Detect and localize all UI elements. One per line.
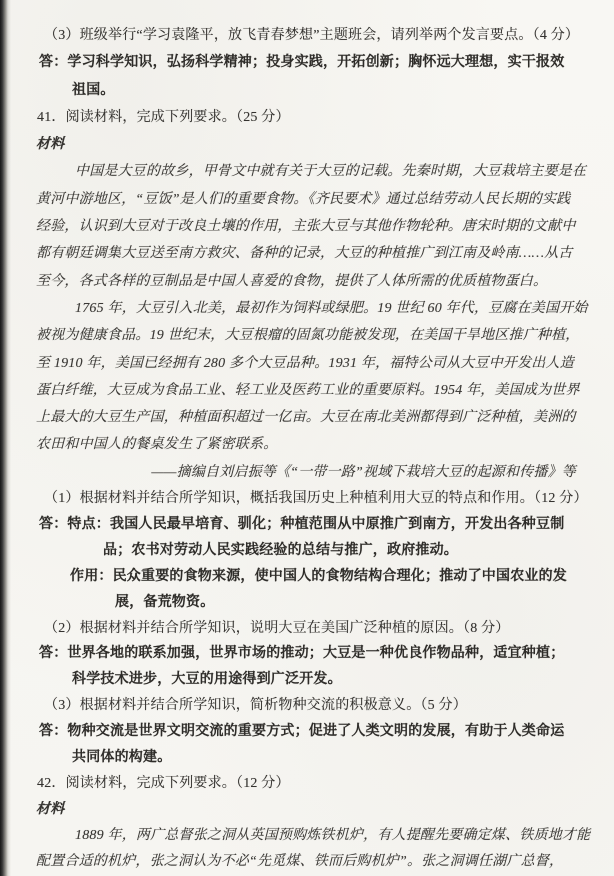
answer-41-3-line-1: 答：物种交流是世界文明交流的重要方式；促进了人类文明的发展，有助于人类命运: [36, 719, 577, 745]
material-42-line-1: 1889 年，两广总督张之洞从英国预购炼铁机炉，有人提醒先要确定煤、铁质地才能: [36, 823, 577, 849]
section-bottom: （1）根据材料并结合所学知识，概括我国历史上种植利用大豆的特点和作用。（12 分…: [36, 486, 577, 875]
page-content: （3）班级举行“学习袁隆平，放飞青春梦想”主题班会，请列举两个发言要点。（4 分…: [36, 22, 577, 875]
scan-shadow-edge: [0, 0, 11, 876]
exam-answer-page: （3）班级举行“学习袁隆平，放飞青春梦想”主题班会，请列举两个发言要点。（4 分…: [0, 0, 614, 876]
answer-41-1-line-4: 展，备荒物资。: [36, 590, 577, 616]
material-41-line-11: 农田和中国人的餐桌发生了紧密联系。: [36, 431, 577, 458]
section-top: （3）班级举行“学习袁隆平，放飞青春梦想”主题班会，请列举两个发言要点。（4 分…: [36, 22, 577, 486]
material-41-line-7: 被视为健康食品。19 世纪末，大豆根瘤的固氮功能被发现，在美国干旱地区推广种植，: [36, 322, 577, 349]
material-41-line-6: 1765 年，大豆引入北美，最初作为饲料或绿肥。19 世纪 60 年代，豆腐在美…: [36, 295, 577, 322]
answer-41-3-line-2: 共同体的构建。: [36, 745, 577, 771]
answer-40-3-line-1: 答：学习科学知识，弘扬科学精神；投身实践，开拓创新；胸怀远大理想，实干报效: [36, 49, 577, 76]
material-41-line-5: 至今，各式各样的豆制品是中国人喜爱的食物，提供了人体所需的优质植物蛋白。: [36, 268, 577, 295]
material-41-line-2: 黄河中游地区，“豆饭”是人们的重要食物。《齐民要术》通过总结劳动人民长期的实践: [36, 186, 577, 213]
question-41-header: 41．阅读材料，完成下列要求。（25 分）: [36, 104, 577, 131]
material-41-line-4: 都有朝廷调集大豆送至南方救灾、备种的记录，大豆的种植推广到江南及岭南……从古: [36, 240, 577, 267]
material-41-line-10: 上最大的大豆生产国，种植面积超过一亿亩。大豆在南北美洲都得到广泛种植，美洲的: [36, 404, 577, 431]
material-label-42: 材料: [36, 797, 577, 823]
answer-41-1-line-1: 答：特点：我国人民最早培育、驯化；种植范围从中原推广到南方，开发出各种豆制: [36, 512, 577, 538]
material-42-line-2: 配置合适的机炉，张之洞认为不必“先觅煤、铁而后购机炉”。张之洞调任湖广总督，: [36, 849, 577, 875]
answer-40-3-line-2: 祖国。: [36, 77, 577, 104]
material-41-line-1: 中国是大豆的故乡，甲骨文中就有关于大豆的记载。先秦时期，大豆栽培主要是在: [36, 158, 577, 185]
answer-41-2-line-1: 答：世界各地的联系加强，世界市场的推动；大豆是一种优良作物品种，适宜种植；: [36, 641, 577, 667]
question-41-3: （3）根据材料并结合所学知识，简析物种交流的积极意义。（5 分）: [36, 693, 577, 719]
answer-41-2-line-2: 科学技术进步，大豆的用途得到广泛开发。: [36, 667, 577, 693]
material-41-line-8: 至 1910 年，美国已经拥有 280 多个大豆品种。1931 年，福特公司从大…: [36, 350, 577, 377]
material-41-line-3: 经验，认识到大豆对于改良土壤的作用，主张大豆与其他作物轮种。唐宋时期的文献中: [36, 213, 577, 240]
answer-41-1-line-3: 作用：民众重要的食物来源，使中国人的食物结构合理化；推动了中国农业的发: [36, 564, 577, 590]
question-41-1: （1）根据材料并结合所学知识，概括我国历史上种植利用大豆的特点和作用。（12 分…: [36, 486, 577, 512]
question-42-header: 42．阅读材料，完成下列要求。（12 分）: [36, 771, 577, 797]
material-41-citation: ——摘编自刘启振等《“一带一路”视域下栽培大豆的起源和传播》等: [36, 459, 577, 486]
question-41-2: （2）根据材料并结合所学知识，说明大豆在美国广泛种植的原因。（8 分）: [36, 616, 577, 642]
question-40-3: （3）班级举行“学习袁隆平，放飞青春梦想”主题班会，请列举两个发言要点。（4 分…: [36, 22, 577, 49]
material-41-line-9: 蛋白纤维，大豆成为食品工业、轻工业及医药工业的重要原料。1954 年，美国成为世…: [36, 377, 577, 404]
answer-41-1-line-2: 品；农书对劳动人民实践经验的总结与推广，政府推动。: [36, 538, 577, 564]
material-label-41: 材料: [36, 131, 577, 158]
